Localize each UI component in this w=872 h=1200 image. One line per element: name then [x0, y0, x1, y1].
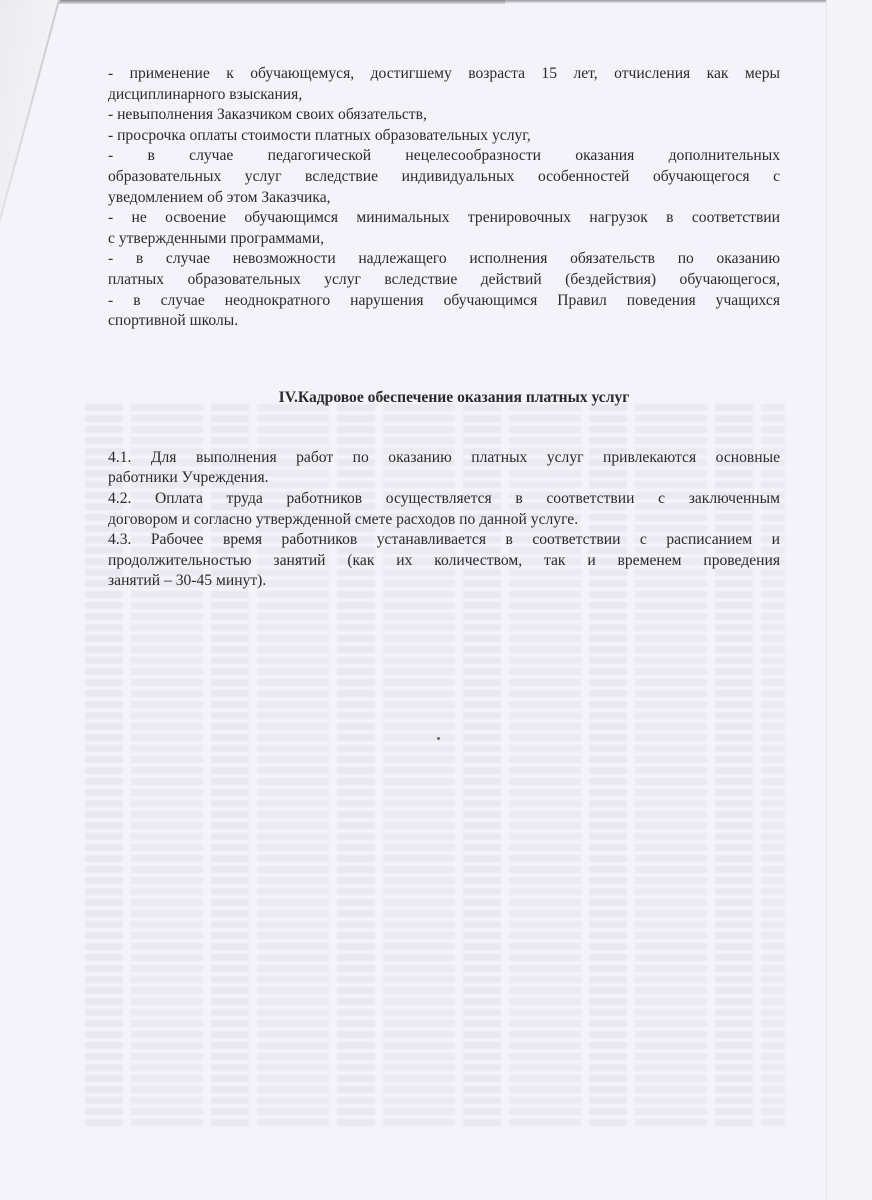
list-item: образовательных услуг вследствие индивид…	[108, 167, 780, 188]
list-item: платных образовательных услуг вследствие…	[108, 270, 780, 291]
paragraph-line: договором и согласно утвержденной смете …	[108, 510, 780, 531]
list-item: уведомлением об этом Заказчика,	[108, 188, 780, 209]
section-body: 4.1. Для выполнения работ по оказанию пл…	[108, 448, 780, 592]
list-item: - в случае неоднократного нарушения обуч…	[108, 291, 780, 312]
section-heading: IV.Кадровое обеспечение оказания платных…	[108, 388, 780, 408]
list-item: - невыполнения Заказчиком своих обязател…	[108, 105, 780, 126]
list-item: - не освоение обучающимся минимальных тр…	[108, 208, 780, 229]
scan-top-shadow	[505, 0, 827, 3]
paragraph-line: работники Учреждения.	[108, 468, 780, 489]
paragraph-line: 4.1. Для выполнения работ по оказанию пл…	[108, 448, 780, 469]
scanned-page: - применение к обучающемуся, достигшему …	[0, 0, 872, 1200]
page-fold-corner	[0, 0, 110, 220]
scan-speck	[437, 737, 440, 740]
list-item: - в случае педагогической нецелесообразн…	[108, 146, 780, 167]
paragraph-line: продолжительностью занятий (как их колич…	[108, 551, 780, 572]
paragraph-line: 4.2. Оплата труда работников осуществляе…	[108, 489, 780, 510]
paragraph-line: занятий – 30-45 минут).	[108, 571, 780, 592]
list-item: спортивной школы.	[108, 311, 780, 332]
list-item: дисциплинарного взыскания,	[108, 85, 780, 106]
list-item: - просрочка оплаты стоимости платных обр…	[108, 126, 780, 147]
termination-conditions-list: - применение к обучающемуся, достигшему …	[108, 64, 780, 332]
list-item: - применение к обучающемуся, достигшему …	[108, 64, 780, 85]
document-body: - применение к обучающемуся, достигшему …	[108, 64, 780, 592]
list-item: с утвержденными программами,	[108, 229, 780, 250]
scan-right-edge	[826, 0, 872, 1200]
paragraph-line: 4.3. Рабочее время работников устанавлив…	[108, 530, 780, 551]
scan-top-shadow	[55, 0, 505, 4]
list-item: - в случае невозможности надлежащего исп…	[108, 249, 780, 270]
